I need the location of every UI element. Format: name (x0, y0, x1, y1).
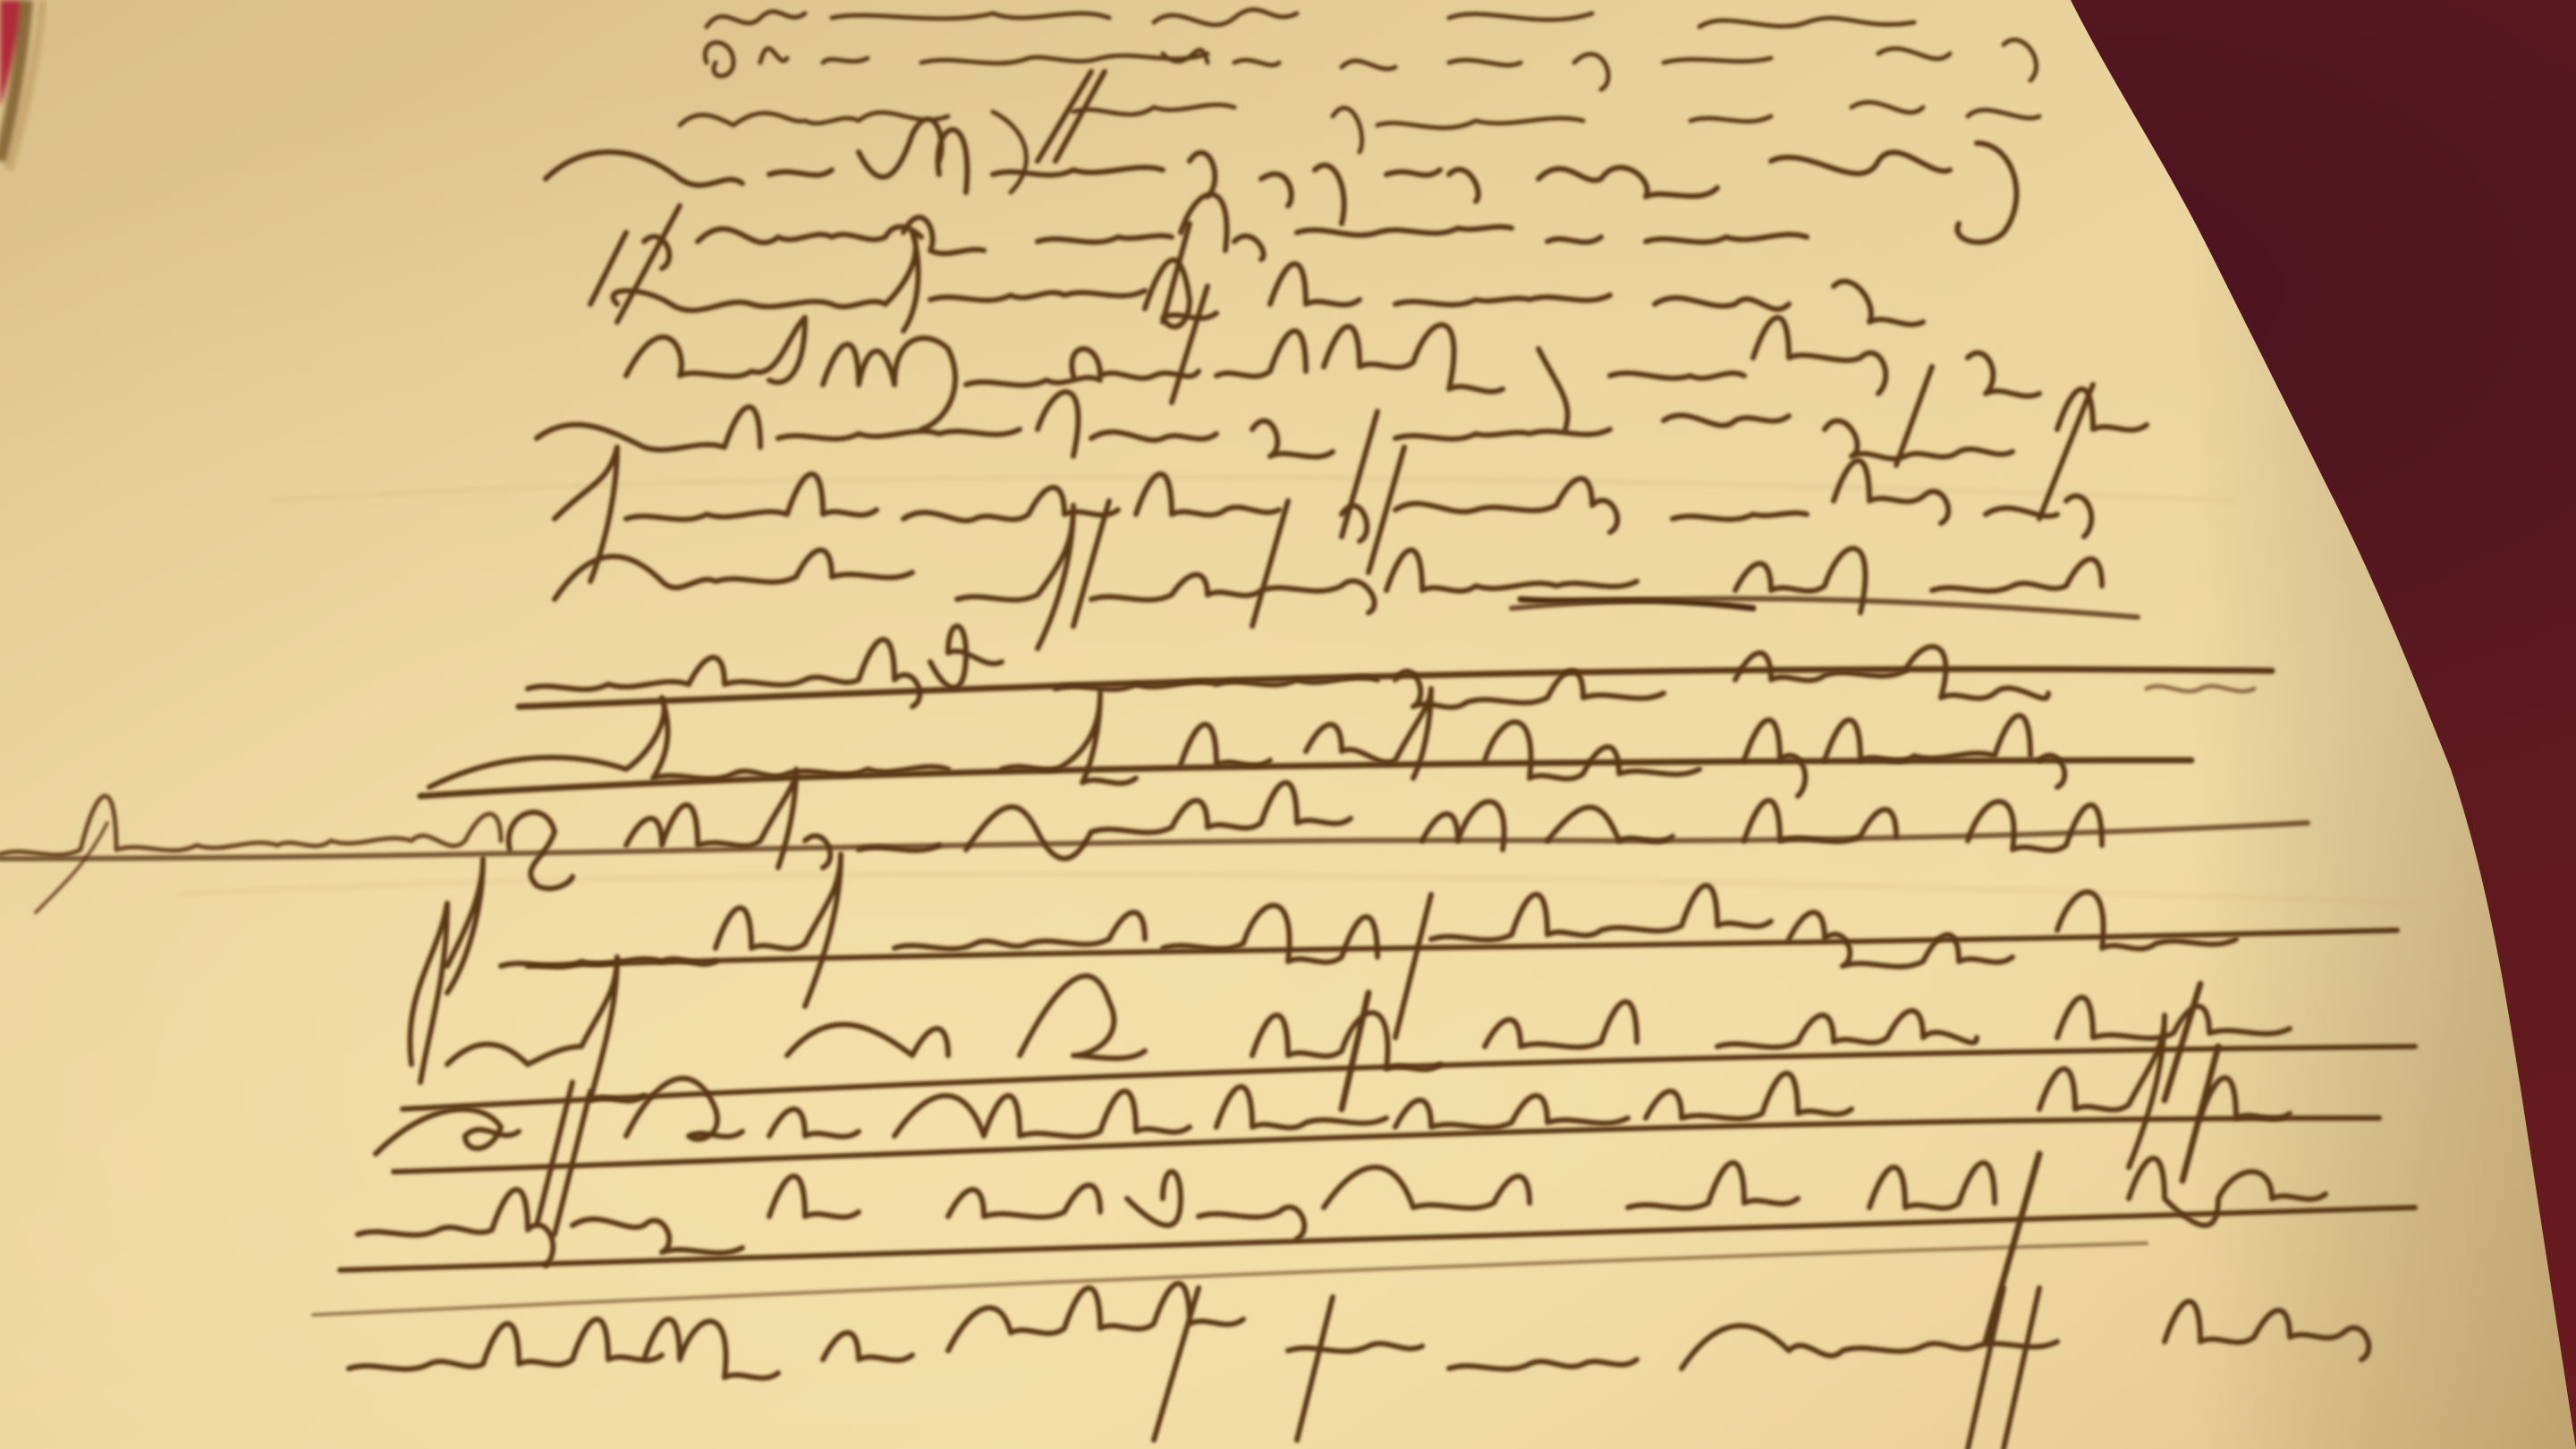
photo-scene (0, 0, 2576, 1449)
manuscript-illustration (0, 0, 2576, 1449)
